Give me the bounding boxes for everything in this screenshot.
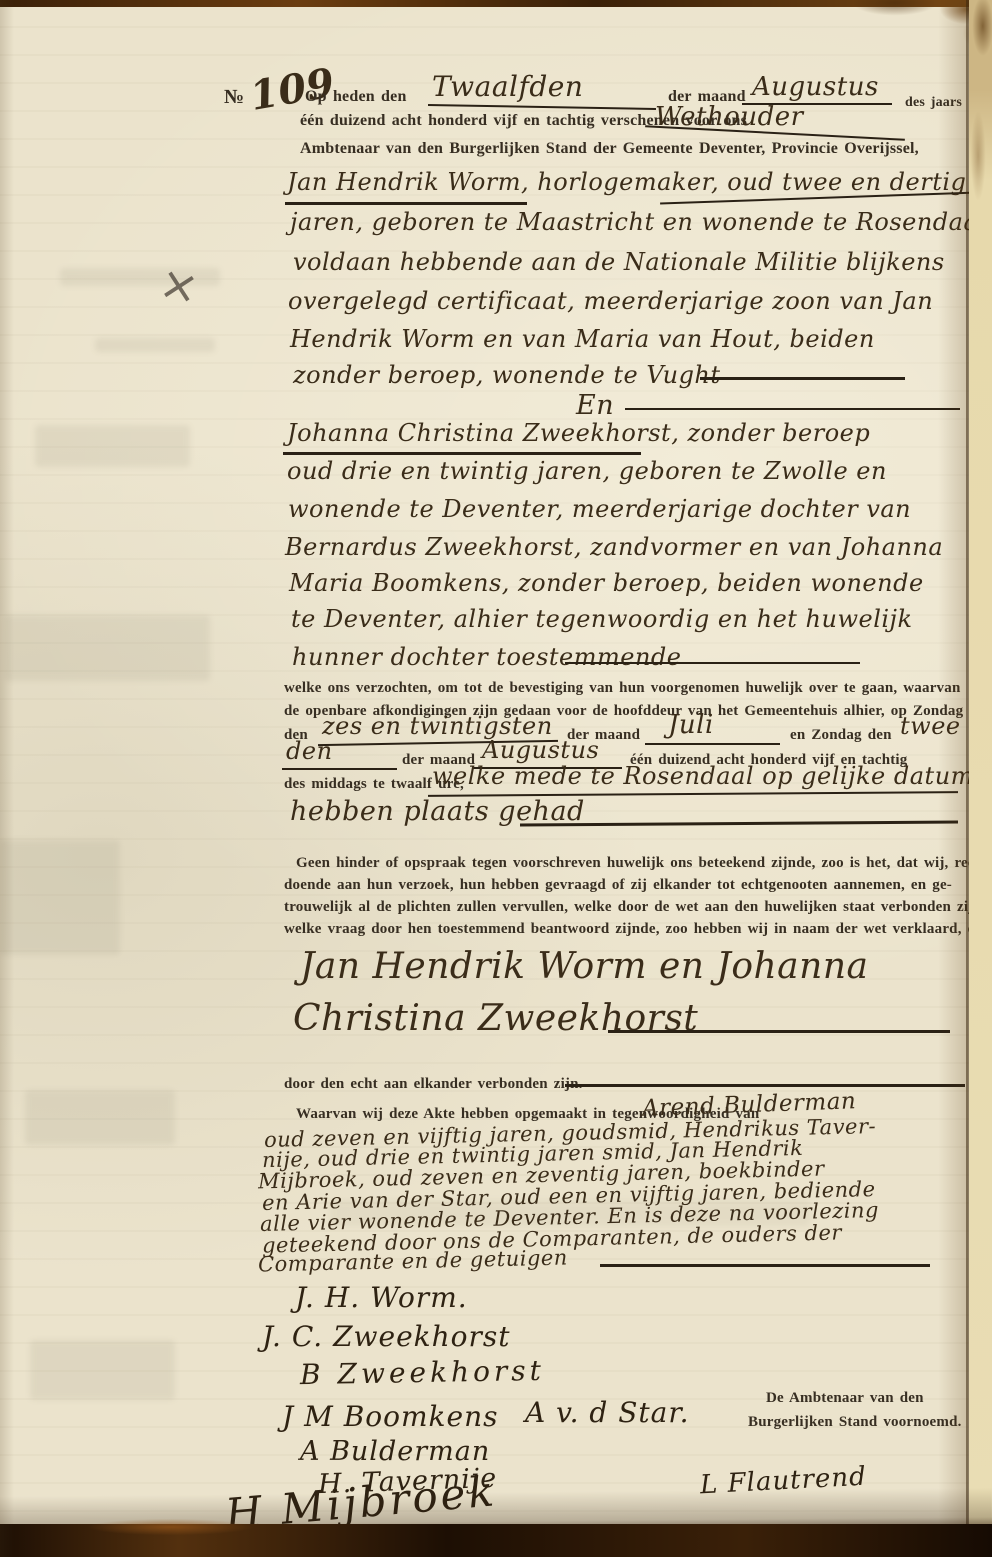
bride-line-2: oud drie en twintig jaren, geboren te Zw… (287, 457, 887, 485)
officiant-title-line-2: Burgerlijken Stand voornoemd. (748, 1414, 962, 1431)
declaration-line-4: welke vraag door hen toestemmend beantwo… (284, 921, 989, 938)
groom-line-6: zonder beroep, wonende te Vught (293, 361, 721, 389)
ink-rule (565, 662, 860, 664)
header-month-filled: Augustus (752, 72, 879, 102)
bleedthrough-smudge (5, 615, 210, 681)
page-crease-shadow (938, 0, 968, 1557)
banns-line-1: welke ons verzochten, om tot de bevestig… (284, 680, 961, 697)
signature-groom: J. H. Worm. (295, 1281, 468, 1314)
married-names-line-1: Jan Hendrik Worm en Johanna (300, 946, 868, 987)
bleedthrough-smudge (0, 840, 120, 955)
banns-line-3-post: en Zondag den (790, 727, 892, 744)
ink-rule (608, 1030, 950, 1033)
conjunction-en: En (576, 390, 614, 421)
bride-line-3: wonende te Deventer, meerderjarige docht… (288, 495, 911, 523)
groom-line-3: voldaan hebbende aan de Nationale Militi… (293, 248, 945, 276)
bride-line-6: te Deventer, alhier tegenwoordig en het … (291, 605, 913, 633)
ink-rule (428, 104, 656, 110)
ink-rule (600, 1264, 930, 1267)
header-line3: Ambtenaar van den Burgerlijken Stand der… (300, 140, 919, 158)
groom-line-5: Hendrik Worm en van Maria van Hout, beid… (290, 325, 875, 353)
signature-witness-bulderman: A Bulderman (300, 1436, 490, 1467)
ink-rule (282, 768, 397, 770)
declaration-line-2: doende aan hun verzoek, hun hebben gevra… (284, 877, 952, 894)
groom-line-4: overgelegd certificaat, meerderjarige zo… (288, 287, 933, 315)
ink-rule (520, 820, 958, 826)
signature-father-bride: B Zweekhorst (300, 1354, 545, 1391)
name-underline (283, 452, 641, 455)
ink-rule (565, 1084, 965, 1087)
banns-month2-filled: Augustus (482, 736, 599, 764)
bleedthrough-smudge (35, 425, 190, 467)
bride-line-1: Johanna Christina Zweekhorst, zonder ber… (287, 419, 870, 447)
banns-line-5-filled: welke mede te Rosendaal op gelijke datum… (432, 762, 987, 790)
groom-line-1: Jan Hendrik Worm, horlogemaker, oud twee… (287, 168, 966, 196)
adjacent-page-stain (969, 0, 992, 260)
certificate-page: № 109 × Op heden den Twaalfden der maand… (0, 0, 992, 1557)
signature-mother-bride: J M Boomkens (282, 1400, 498, 1433)
bleedthrough-smudge (25, 1090, 175, 1145)
bride-line-4: Bernardus Zweekhorst, zandvormer en van … (285, 533, 943, 561)
header-day-filled: Twaalfden (432, 70, 583, 103)
page-left-shadow (0, 0, 14, 1557)
banns-month1-filled: Juli (668, 710, 714, 740)
bride-line-7: hunner dochter toestemmende (292, 643, 682, 671)
banns-close-hand: hebben plaats gehad (290, 796, 585, 827)
declaration-line-1: Geen hinder of opspraak tegen voorschrev… (296, 855, 989, 872)
pencil-cross-mark: × (155, 255, 204, 316)
signature-bride: J. C. Zweekhorst (262, 1320, 511, 1353)
bleedthrough-smudge (95, 338, 215, 352)
bleedthrough-smudge (30, 1340, 175, 1400)
ink-rule (700, 377, 905, 380)
page-edge-bottom-highlight (60, 1516, 280, 1538)
act-number-symbol: № (224, 86, 244, 109)
ink-rule (625, 408, 960, 410)
officiant-title-line-1: De Ambtenaar van den (766, 1390, 924, 1407)
bride-line-5: Maria Boomkens, zonder beroep, beiden wo… (289, 569, 924, 597)
groom-line-2: jaren, geboren te Maastricht en wonende … (290, 208, 986, 236)
signature-witness-star: A v. d Star. (525, 1396, 690, 1429)
banns-day2-cont-filled: den (286, 737, 333, 765)
header-line1-pre: Op heden den (305, 88, 407, 106)
bond-line: door den echt aan elkander verbonden zij… (284, 1076, 583, 1093)
ink-rule (645, 743, 780, 745)
name-underline (285, 202, 527, 205)
declaration-line-3: trouwelijk al de plichten zullen vervull… (284, 899, 986, 916)
